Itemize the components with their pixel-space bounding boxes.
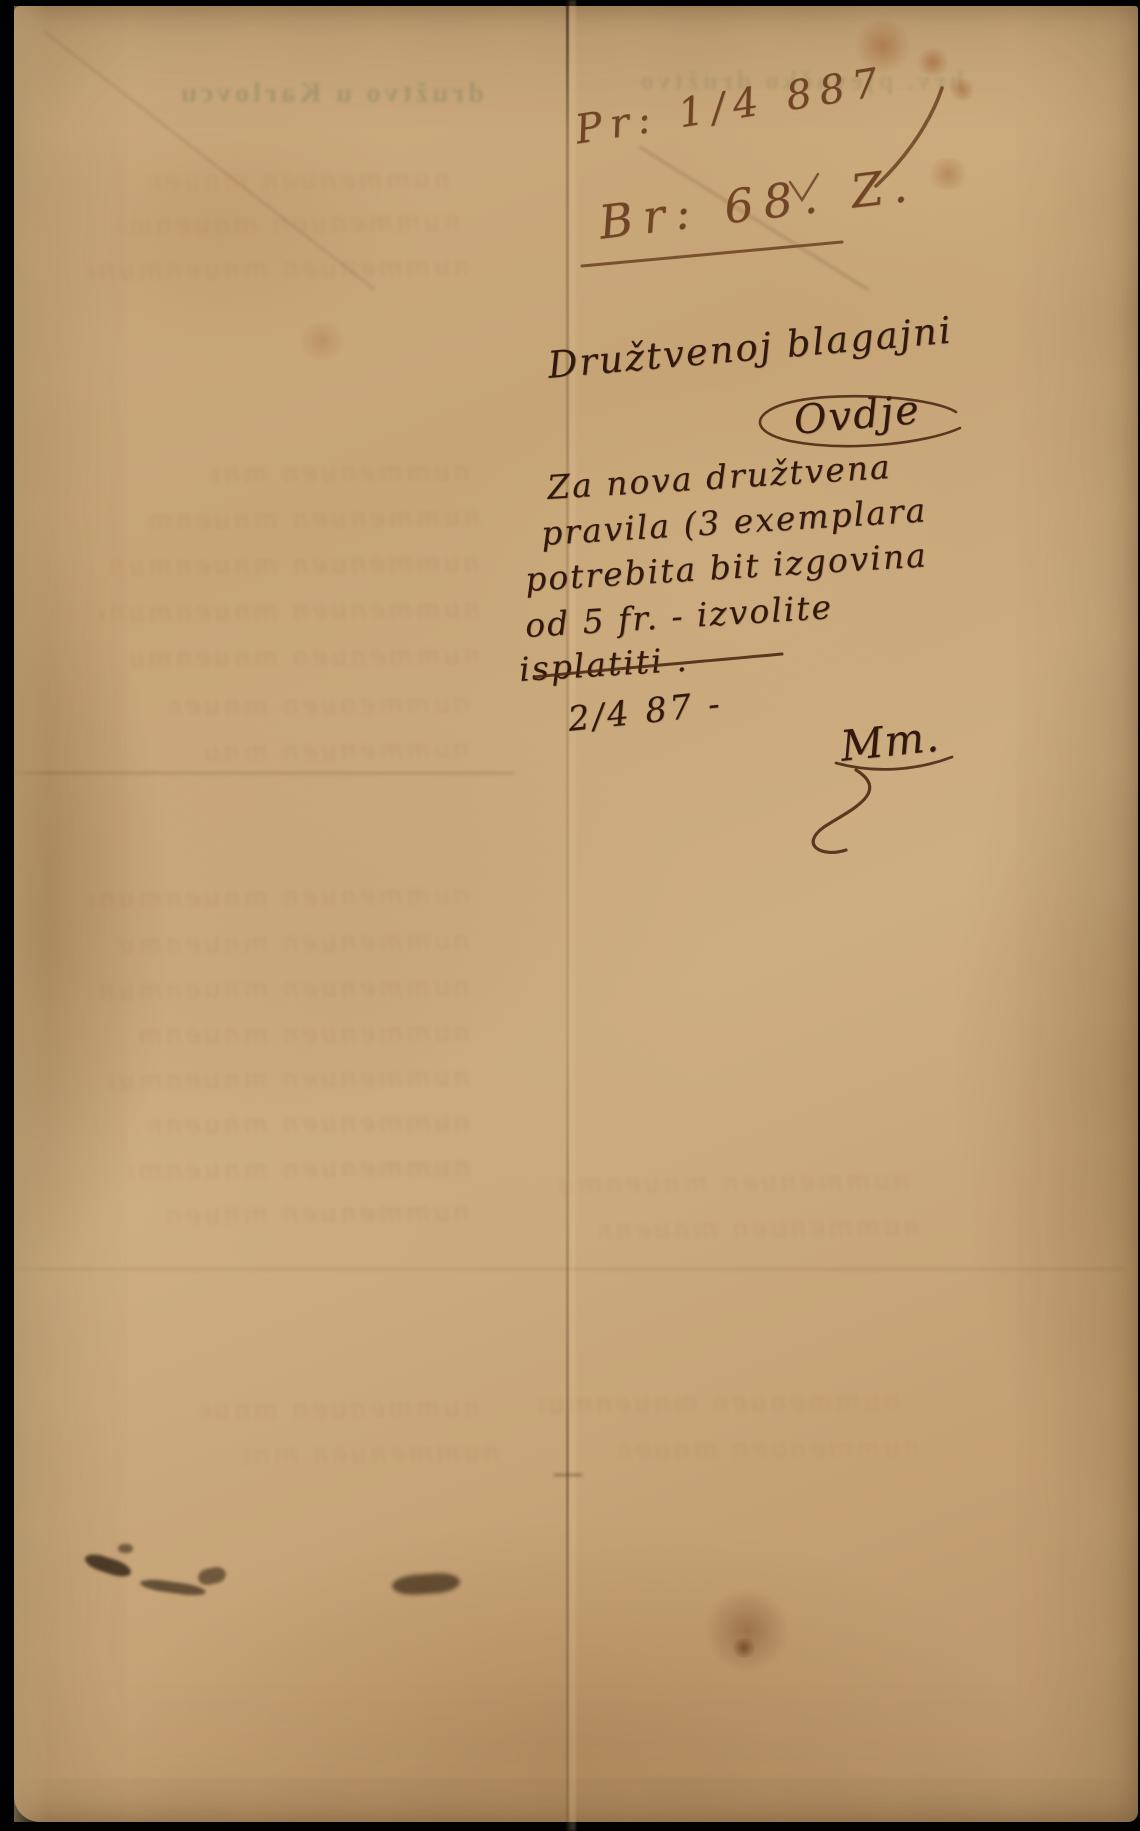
aged-paper-sheet: družtvo u Karlovcu hrv. pjevačko družtvo… [14, 6, 1138, 1822]
left-edge-light-band [14, 6, 48, 1822]
foxing-spot [925, 158, 971, 190]
center-fold-line [566, 0, 569, 1831]
document-scan: družtvo u Karlovcu hrv. pjevačko družtvo… [0, 0, 1140, 1831]
bleedthrough-letterhead-left: družtvo u Karlovcu [94, 78, 484, 110]
dark-smudge [391, 1572, 460, 1597]
bleedthrough-handwriting-line: nummenuen mnuenmune uennumen muennue [240, 1438, 500, 1471]
bleedthrough-handwriting-line: nummenuen mnuenmune uennumen muennue [600, 1212, 920, 1245]
center-fold-highlight [569, 0, 576, 1831]
ink-smudge [83, 1551, 133, 1580]
bleedthrough-handwriting-line: nummenuen mnuenmune uennumen muennue [130, 640, 480, 674]
bleedthrough-handwriting-line: nummenuen mnuenmune uennumen muennue [620, 1432, 920, 1465]
bleedthrough-handwriting-line: nummenuen mnuenmune uennumen muennue [90, 252, 470, 286]
recipient-line: Družtvenoj blagajni [546, 309, 954, 387]
ink-smudge [118, 1544, 133, 1553]
register-number: Br: 68. Z. [596, 157, 920, 250]
bleedthrough-handwriting-line: nummenuen mnuenmune uennumen muennue [170, 688, 470, 721]
bleedthrough-handwriting-line: nummenuen mnuenmune uennumen muennue [160, 1197, 470, 1230]
bleedthrough-handwriting-line: nummenuen mnuenmune uennumen muennue [90, 880, 470, 914]
diagonal-crease-top-left [43, 30, 375, 290]
ink-smudge [197, 1565, 228, 1586]
horizontal-crease-left [14, 772, 514, 774]
bleedthrough-handwriting-line: nummenuen mnuenmune uennumen muennue [150, 164, 450, 197]
recipient-place: Ovdje [792, 387, 923, 444]
bleedthrough-handwriting-line: nummenuen mnuenmune uennumen muennue [210, 457, 470, 490]
bleedthrough-handwriting-line: nummenuen mnuenmune uennumen muennue [100, 594, 480, 628]
bleedthrough-handwriting-line: nummenuen mnuenmune uennumen muennue [150, 1107, 470, 1140]
flourish-signature-paraph [813, 770, 870, 852]
bleedthrough-handwriting-line: nummenuen mnuenmune uennumen muennue [560, 1166, 910, 1200]
bleedthrough-handwriting-line: nummenuen mnuenmune uennumen muennue [110, 548, 480, 582]
body-line-5: isplatiti . [518, 640, 690, 689]
bleedthrough-handwriting-line: nummenuen mnuenmune uennumen muennue [120, 207, 460, 241]
bleedthrough-handwriting-line: nummenuen mnuenmune uennumen muennue [200, 735, 470, 768]
bleedthrough-handwriting-line: nummenuen mnuenmune uennumen muennue [140, 1017, 470, 1050]
bleedthrough-handwriting-line: nummenuen mnuenmune uennumen muennue [150, 502, 480, 535]
foxing-spot [296, 322, 348, 360]
bleedthrough-handwriting-line: nummenuen mnuenmune uennumen muennue [200, 1393, 480, 1426]
brown-stain-blot [700, 1588, 794, 1672]
date-line: 2/4 87 - [566, 684, 724, 740]
bleedthrough-handwriting-line: nummenuen mnuenmune uennumen muennue [120, 926, 470, 960]
signature-initials: Mm. [838, 712, 942, 771]
bleedthrough-handwriting-line: nummenuen mnuenmune uennumen muennue [540, 1386, 900, 1420]
horizontal-crease-lower [14, 1268, 1124, 1270]
ink-smudge [140, 1577, 207, 1597]
brown-stain-core [730, 1638, 758, 1658]
bleedthrough-handwriting-line: nummenuen mnuenmune uennumen muennue [100, 972, 470, 1006]
bleedthrough-handwriting-line: nummenuen mnuenmune uennumen muennue [110, 1062, 470, 1096]
fold-cross-tick [554, 1474, 582, 1476]
bleedthrough-handwriting-line: nummenuen mnuenmune uennumen muennue [130, 1152, 470, 1186]
